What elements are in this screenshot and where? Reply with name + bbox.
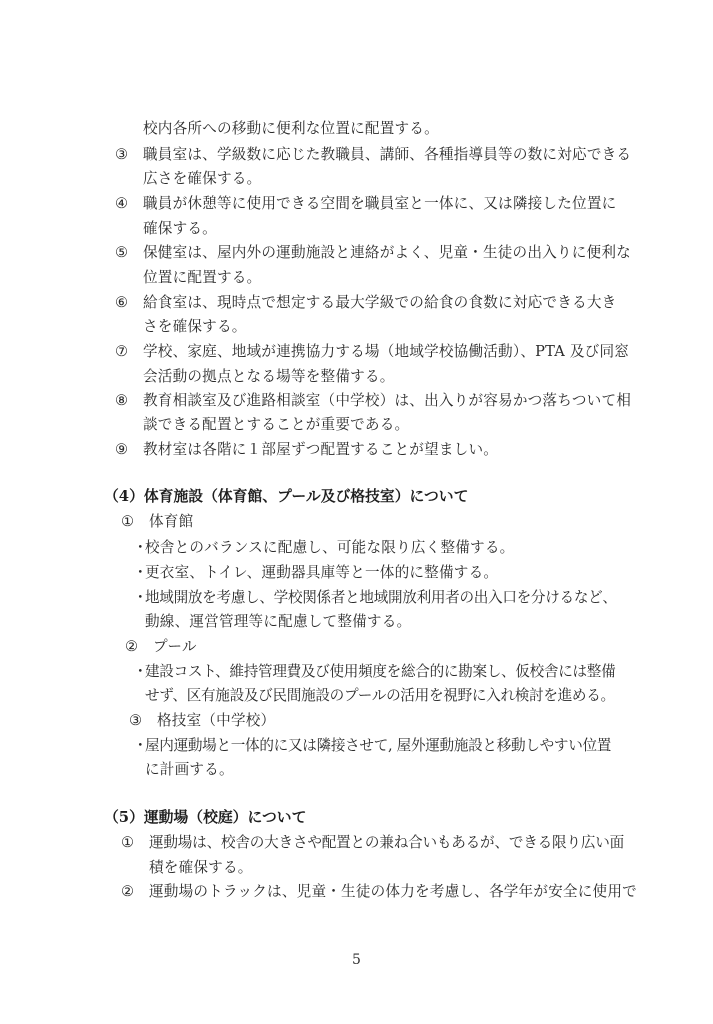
item-text: 給食室は、現時点で想定する最大学級での給食の食数に対応できる大き [143,294,616,311]
subsection-gymnasium: ①体育館 [121,512,193,532]
bullet-item-cont: 動線、運営管理等に配慮して整備する。 [145,612,411,632]
item-marker: ⑦ [115,342,143,362]
item-text: 運動場のトラックは、児童・生徒の体力を考慮し、各学年が安全に使用で [149,883,637,900]
list-item-4-cont: 確保する。 [143,219,217,239]
item-marker: ① [121,512,149,532]
bullet-text: 更衣室、トイレ、運動器具庫等と一体的に整備する。 [145,564,498,581]
bullet-marker: ・ [133,563,145,583]
list-item-6-cont: さを確保する。 [143,317,247,337]
bullet-item: ・校舎とのバランスに配慮し、可能な限り広く整備する。 [133,538,514,558]
bullet-item-cont: せず、区有施設及び民間施設のプールの活用を視野に入れ検討を進める。 [145,686,615,706]
bullet-text: 地域開放を考慮し、学校関係者と地域開放利用者の出入口を分けるなど、 [145,589,617,606]
bullet-item: ・地域開放を考慮し、学校関係者と地域開放利用者の出入口を分けるなど、 [133,588,617,608]
list-item-cont: 積を確保する。 [149,858,253,878]
list-item-8-cont: 談できる配置とすることが重要である。 [143,415,409,435]
item-text: 職員が休憩等に使用できる空間を職員室と一体に、又は隣接した位置に [143,195,616,212]
bullet-marker: ・ [133,538,145,558]
list-item-7: ⑦学校、家庭、地域が連携協力する場（地域学校協働活動）、PTA 及び同窓 [115,342,629,362]
list-item: ①運動場は、校舎の大きさや配置との兼ね合いもあるが、できる限り広い面 [121,833,624,853]
subsection-martial-arts-room: ③格技室（中学校） [129,711,275,731]
bullet-text: 建設コスト、維持管理費及び使用頻度を総合的に勘案し、仮校舎には整備 [145,663,615,680]
item-text: 教育相談室及び進路相談室（中学校）は、出入りが容易かつ落ちついて相 [143,392,631,409]
item-text: 学校、家庭、地域が連携協力する場（地域学校協働活動）、PTA 及び同窓 [143,343,629,360]
item-marker: ⑧ [115,391,143,411]
bullet-text: 屋内運動場と一体的に又は隣接させて, 屋外運動施設と移動しやすい位置 [145,737,611,754]
document-page: 校内各所への移動に便利な位置に配置する。 ③職員室は、学級数に応じた教職員、講師… [0,0,713,1024]
item-text: 運動場は、校舎の大きさや配置との兼ね合いもあるが、できる限り広い面 [149,834,624,851]
list-item-7-cont: 会活動の拠点となる場等を整備する。 [143,367,395,387]
bullet-marker: ・ [133,662,145,682]
item-text: 職員室は、学級数に応じた教職員、講師、各種指導員等の数に対応できる [143,146,631,163]
subsection-pool: ②プール [125,637,197,657]
list-item-5-cont: 位置に配置する。 [143,268,261,288]
section-5-heading: （5）運動場（校庭）について [104,808,306,828]
item-marker: ⑤ [115,243,143,263]
bullet-item-cont: に計画する。 [145,760,234,780]
list-item-5: ⑤保健室は、屋内外の運動施設と連絡がよく、児童・生徒の出入りに便利な [115,243,631,263]
item-marker: ③ [115,145,143,165]
item-marker: ② [121,882,149,902]
subsection-title: 格技室（中学校） [157,712,275,729]
item-marker: ⑥ [115,293,143,313]
list-item-3-cont: 広さを確保する。 [143,169,261,189]
list-item-9: ⑨教材室は各階に１部屋ずつ配置することが望ましい。 [115,440,498,460]
item-marker: ④ [115,194,143,214]
subsection-title: 体育館 [149,513,193,530]
bullet-marker: ・ [133,736,145,756]
subsection-title: プール [153,638,197,655]
list-item-8: ⑧教育相談室及び進路相談室（中学校）は、出入りが容易かつ落ちついて相 [115,391,631,411]
section-4-heading: （4）体育施設（体育館、プール及び格技室）について [104,487,468,507]
bullet-item: ・屋内運動場と一体的に又は隣接させて, 屋外運動施設と移動しやすい位置 [133,736,611,756]
list-item-6: ⑥給食室は、現時点で想定する最大学級での給食の食数に対応できる大き [115,293,616,313]
page-number: 5 [0,952,713,968]
list-item-4: ④職員が休憩等に使用できる空間を職員室と一体に、又は隣接した位置に [115,194,616,214]
bullet-marker: ・ [133,588,145,608]
item-2-continuation: 校内各所への移動に便利な位置に配置する。 [143,119,439,139]
item-marker: ① [121,833,149,853]
item-marker: ⑨ [115,440,143,460]
item-marker: ③ [129,711,157,731]
list-item-3: ③職員室は、学級数に応じた教職員、講師、各種指導員等の数に対応できる [115,145,631,165]
bullet-item: ・更衣室、トイレ、運動器具庫等と一体的に整備する。 [133,563,498,583]
item-marker: ② [125,637,153,657]
bullet-item: ・建設コスト、維持管理費及び使用頻度を総合的に勘案し、仮校舎には整備 [133,662,615,682]
list-item: ②運動場のトラックは、児童・生徒の体力を考慮し、各学年が安全に使用で [121,882,637,902]
item-text: 保健室は、屋内外の運動施設と連絡がよく、児童・生徒の出入りに便利な [143,244,631,261]
item-text: 教材室は各階に１部屋ずつ配置することが望ましい。 [143,441,498,458]
bullet-text: 校舎とのバランスに配慮し、可能な限り広く整備する。 [145,539,514,556]
